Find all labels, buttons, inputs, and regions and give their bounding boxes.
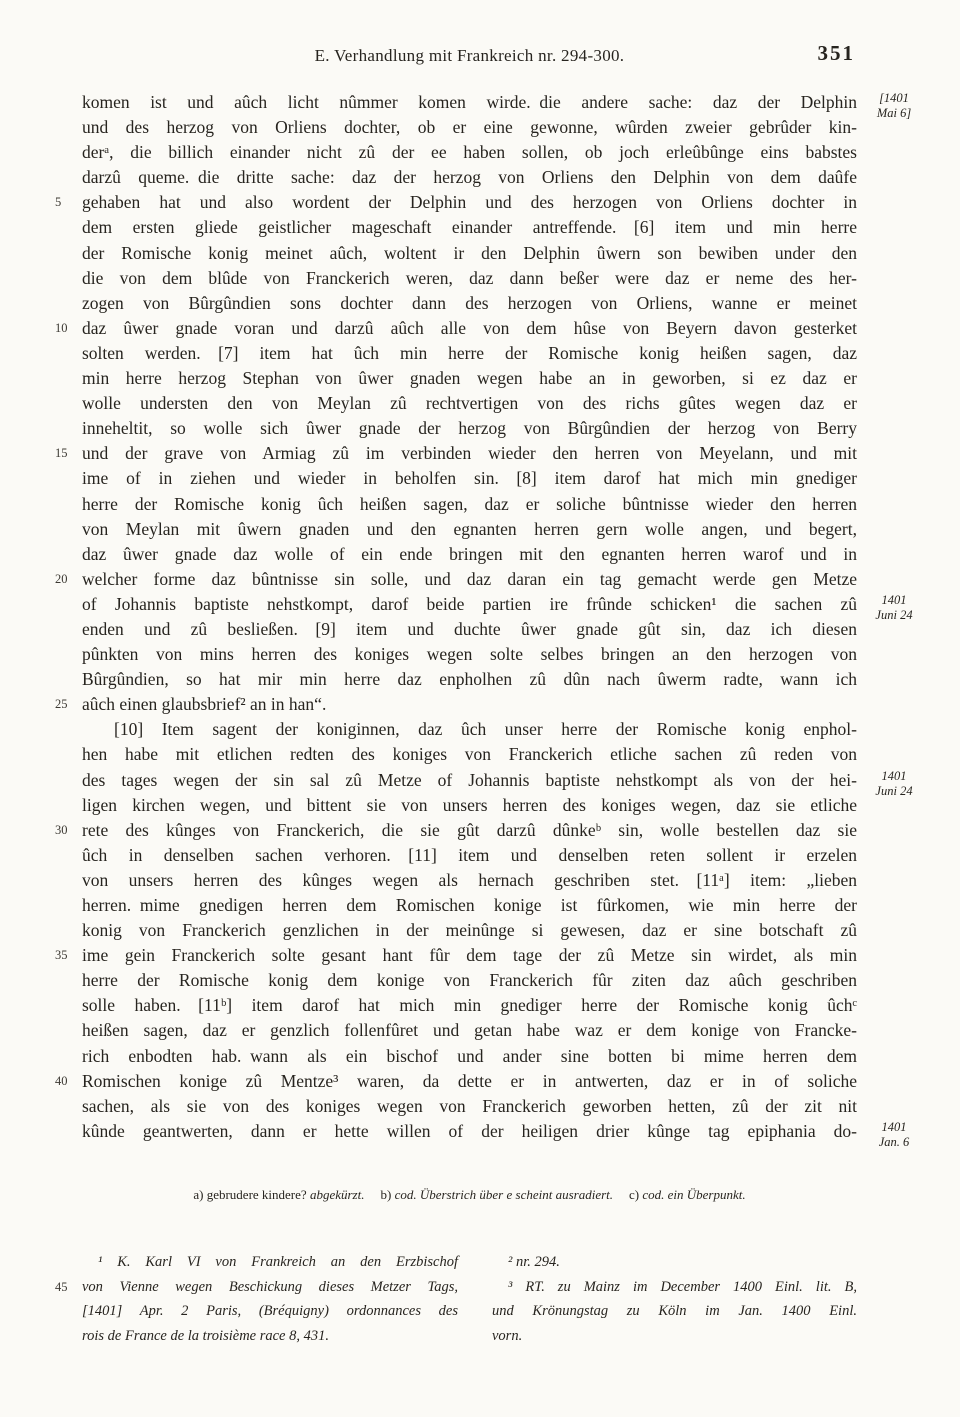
text-line: darzû queme. die dritte sache: daz der h…	[82, 165, 857, 190]
text-lines: komen ist und aûch licht nûmmer komen wi…	[82, 90, 857, 1144]
margin-date-line: 1401	[861, 769, 927, 784]
line-number: 30	[55, 818, 77, 843]
text-line: zogen von Bûrgûndien sons dochter dann d…	[82, 291, 857, 316]
apparatus-note-text: abgekürzt.	[310, 1187, 365, 1202]
footnote-line: ¹ K. Karl VI von Frankreich an den Erzbi…	[82, 1250, 458, 1275]
text-line: pûnkten von mins herren des koniges wege…	[82, 642, 857, 667]
text-line: 35ime gein Franckerich solte gesant hant…	[82, 943, 857, 968]
text-line: enden und zû besließen. [9] item und duc…	[82, 617, 857, 642]
footnote-line: [1401] Apr. 2 Paris, (Bréquigny) ordonna…	[82, 1299, 458, 1324]
text-line: solten werden. [7] item hat ûch min herr…	[82, 341, 857, 366]
line-text: Bûrgûndien, so hat mir min herre daz enp…	[82, 667, 857, 692]
line-text: rich enbodten hab. wann als ein bischof …	[82, 1044, 857, 1069]
apparatus-note-label: a)	[193, 1187, 206, 1202]
text-line: min herre herzog Stephan von ûwer gnaden…	[82, 366, 857, 391]
text-line: rich enbodten hab. wann als ein bischof …	[82, 1044, 857, 1069]
text-line: und des herzog von Orliens dochter, ob e…	[82, 115, 857, 140]
line-number: 35	[55, 943, 77, 968]
margin-date-line: 1401	[861, 593, 927, 608]
line-text: sachen, als sie von des koniges wegen vo…	[82, 1094, 857, 1119]
line-text: herre der Romische konig dem konige von …	[82, 968, 857, 993]
margin-date-line: Jan. 6	[861, 1135, 927, 1150]
text-line: [10] Item sagent der koniginnen, daz ûch…	[82, 717, 857, 742]
line-text: konig von Franckerich genzlichen in der …	[82, 918, 857, 943]
line-text: komen ist und aûch licht nûmmer komen wi…	[82, 90, 857, 115]
text-line: 40Romischen konige zû Mentze³ waren, da …	[82, 1069, 857, 1094]
page-header: E. Verhandlung mit Frankreich nr. 294-30…	[82, 0, 857, 80]
line-text: dem ersten gliede geistlicher mageschaft…	[82, 215, 857, 240]
footnote-line: ² nr. 294.	[492, 1250, 857, 1275]
line-text: ûch in denselben sachen verhoren. [11] i…	[82, 843, 857, 868]
line-text: derᵃ, die billich einander nicht zû der …	[82, 140, 857, 165]
text-line: 15und der grave von Armiag zû im verbind…	[82, 441, 857, 466]
margin-date-line: [1401	[861, 91, 927, 106]
footnote-text: vorn.	[492, 1328, 522, 1344]
line-text: of Johannis baptiste nehstkompt, darof b…	[82, 592, 857, 617]
line-number: 15	[55, 441, 77, 466]
apparatus-note-text: cod. Überstrich über e scheint ausradier…	[395, 1187, 613, 1202]
line-text: herren. mime gnedigen herren dem Romisch…	[82, 893, 857, 918]
text-line: inneheltit, so wolle sich ûwer gnade der…	[82, 416, 857, 441]
footnote-text: [1401] Apr. 2 Paris, (Bréquigny) ordonna…	[82, 1303, 458, 1319]
apparatus-note-text: cod. ein Überpunkt.	[642, 1187, 745, 1202]
line-text: der Romische konig meinet aûch, woltent …	[82, 241, 857, 266]
text-line: komen ist und aûch licht nûmmer komen wi…	[82, 90, 857, 115]
line-text: von unsers herren des kûnges wegen als h…	[82, 868, 857, 893]
margin-date-note: 1401Jan. 6	[861, 1120, 927, 1150]
margin-date-line: Juni 24	[861, 784, 927, 799]
text-line: 30rete des kûnges von Franckerich, die s…	[82, 818, 857, 843]
running-title: E. Verhandlung mit Frankreich nr. 294-30…	[82, 46, 857, 66]
text-line: hen habe mit etlichen redten des koniges…	[82, 742, 857, 767]
margin-date-line: 1401	[861, 1120, 927, 1135]
line-text: ligen kirchen wegen, und bittent sie von…	[82, 793, 857, 818]
apparatus-note-lemma: gebrudere kindere?	[207, 1187, 310, 1202]
line-text: enden und zû besließen. [9] item und duc…	[82, 617, 857, 642]
line-text: ime gein Franckerich solte gesant hant f…	[82, 943, 857, 968]
line-text: die von dem blûde von Franckerich weren,…	[82, 266, 857, 291]
margin-date-line: Mai 6]	[861, 106, 927, 121]
line-text: Romischen konige zû Mentze³ waren, da de…	[82, 1069, 857, 1094]
footnote-text: ¹ K. Karl VI von Frankreich an den Erzbi…	[98, 1254, 458, 1270]
line-text: hen habe mit etlichen redten des koniges…	[82, 742, 857, 767]
line-text: daz ûwer gnade daz wolle of ein ende bri…	[82, 542, 857, 567]
text-line: 25aûch einen glaubsbrief² an in han“.	[82, 692, 857, 717]
footnote-line: und Krönungstag zu Köln im Jan. 1400 Ein…	[492, 1299, 857, 1324]
line-text: zogen von Bûrgûndien sons dochter dann d…	[82, 291, 857, 316]
line-text: herre der Romische konig ûch heißen sage…	[82, 492, 857, 517]
apparatus-note: a) gebrudere kindere? abgekürzt.	[193, 1187, 364, 1202]
line-number: 20	[55, 567, 77, 592]
line-number: 40	[55, 1069, 77, 1094]
line-text: ime of in ziehen und wieder in beholfen …	[82, 466, 857, 491]
line-text: min herre herzog Stephan von ûwer gnaden…	[82, 366, 857, 391]
main-text-block: komen ist und aûch licht nûmmer komen wi…	[82, 90, 857, 1144]
footnote-line: ³ RT. zu Mainz im December 1400 Einl. li…	[492, 1275, 857, 1300]
margin-date-note: 1401Juni 24	[861, 769, 927, 799]
line-number: 5	[55, 190, 77, 215]
footnotes-section: ¹ K. Karl VI von Frankreich an den Erzbi…	[82, 1250, 857, 1348]
line-text: darzû queme. die dritte sache: daz der h…	[82, 165, 857, 190]
text-line: der Romische konig meinet aûch, woltent …	[82, 241, 857, 266]
line-text: solten werden. [7] item hat ûch min herr…	[82, 341, 857, 366]
line-text: heißen sagen, daz er genzlich follenfûre…	[82, 1018, 857, 1043]
line-text: kûnde geantwerten, dann er hette willen …	[82, 1119, 857, 1144]
line-number: 10	[55, 316, 77, 341]
footnote-text: ² nr. 294.	[508, 1254, 560, 1270]
text-line: sachen, als sie von des koniges wegen vo…	[82, 1094, 857, 1119]
text-line: solle haben. [11ᵇ] item darof hat mich m…	[82, 993, 857, 1018]
line-text: pûnkten von mins herren des koniges wege…	[82, 642, 857, 667]
text-line: von Meylan mit ûwern gnaden und den egna…	[82, 517, 857, 542]
text-line: konig von Franckerich genzlichen in der …	[82, 918, 857, 943]
text-line: die von dem blûde von Franckerich weren,…	[82, 266, 857, 291]
line-text: des tages wegen der sin sal zû Metze of …	[82, 768, 857, 793]
line-text: [10] Item sagent der koniginnen, daz ûch…	[82, 717, 857, 742]
footnote-text: und Krönungstag zu Köln im Jan. 1400 Ein…	[492, 1303, 857, 1319]
page-number: 351	[818, 41, 856, 66]
text-line: 10daz ûwer gnade voran und darzû aûch al…	[82, 316, 857, 341]
text-line: herren. mime gnedigen herren dem Romisch…	[82, 893, 857, 918]
margin-date-note: 1401Juni 24	[861, 593, 927, 623]
margin-date-note: [1401Mai 6]	[861, 91, 927, 121]
line-text: welcher forme daz bûntnisse sin solle, u…	[82, 567, 857, 592]
text-line: ûch in denselben sachen verhoren. [11] i…	[82, 843, 857, 868]
line-text: aûch einen glaubsbrief² an in han“.	[82, 692, 857, 717]
text-line: herre der Romische konig ûch heißen sage…	[82, 492, 857, 517]
apparatus-note: b) cod. Überstrich über e scheint ausrad…	[380, 1187, 613, 1202]
text-line: wolle understen den von Meylan zû rechtv…	[82, 391, 857, 416]
text-line: Bûrgûndien, so hat mir min herre daz enp…	[82, 667, 857, 692]
line-text: solle haben. [11ᵇ] item darof hat mich m…	[82, 993, 857, 1018]
text-line: derᵃ, die billich einander nicht zû der …	[82, 140, 857, 165]
text-line: of Johannis baptiste nehstkompt, darof b…	[82, 592, 857, 617]
text-line: daz ûwer gnade daz wolle of ein ende bri…	[82, 542, 857, 567]
line-text: von Meylan mit ûwern gnaden und den egna…	[82, 517, 857, 542]
footnote-line: 45von Vienne wegen Beschickung dieses Me…	[82, 1275, 458, 1300]
line-number: 25	[55, 692, 77, 717]
apparatus-note: c) cod. ein Überpunkt.	[629, 1187, 746, 1202]
text-line: ime of in ziehen und wieder in beholfen …	[82, 466, 857, 491]
footnote-line: vorn.	[492, 1324, 857, 1349]
text-line: kûnde geantwerten, dann er hette willen …	[82, 1119, 857, 1144]
footnote-column-right: ² nr. 294.³ RT. zu Mainz im December 140…	[492, 1250, 857, 1348]
critical-apparatus: a) gebrudere kindere? abgekürzt.b) cod. …	[82, 1186, 857, 1203]
footnote-column-left: ¹ K. Karl VI von Frankreich an den Erzbi…	[82, 1250, 458, 1348]
text-line: des tages wegen der sin sal zû Metze of …	[82, 768, 857, 793]
line-text: inneheltit, so wolle sich ûwer gnade der…	[82, 416, 857, 441]
text-line: heißen sagen, daz er genzlich follenfûre…	[82, 1018, 857, 1043]
text-line: 5gehaben hat und also wordent der Delphi…	[82, 190, 857, 215]
apparatus-note-label: b)	[380, 1187, 394, 1202]
footnote-line-number: 45	[55, 1275, 77, 1300]
line-text: und des herzog von Orliens dochter, ob e…	[82, 115, 857, 140]
apparatus-note-label: c)	[629, 1187, 642, 1202]
line-text: und der grave von Armiag zû im verbinden…	[82, 441, 857, 466]
line-text: daz ûwer gnade voran und darzû aûch alle…	[82, 316, 857, 341]
text-line: von unsers herren des kûnges wegen als h…	[82, 868, 857, 893]
footnote-text: ³ RT. zu Mainz im December 1400 Einl. li…	[508, 1279, 857, 1295]
text-line: 20welcher forme daz bûntnisse sin solle,…	[82, 567, 857, 592]
margin-date-line: Juni 24	[861, 608, 927, 623]
text-line: ligen kirchen wegen, und bittent sie von…	[82, 793, 857, 818]
text-line: herre der Romische konig dem konige von …	[82, 968, 857, 993]
footnote-text: rois de France de la troisième race 8, 4…	[82, 1328, 329, 1344]
footnote-line: rois de France de la troisième race 8, 4…	[82, 1324, 458, 1349]
line-text: rete des kûnges von Franckerich, die sie…	[82, 818, 857, 843]
line-text: wolle understen den von Meylan zû rechtv…	[82, 391, 857, 416]
text-line: dem ersten gliede geistlicher mageschaft…	[82, 215, 857, 240]
footnote-text: von Vienne wegen Beschickung dieses Metz…	[82, 1279, 458, 1295]
line-text: gehaben hat und also wordent der Delphin…	[82, 190, 857, 215]
scanned-document-page: E. Verhandlung mit Frankreich nr. 294-30…	[0, 0, 960, 1417]
